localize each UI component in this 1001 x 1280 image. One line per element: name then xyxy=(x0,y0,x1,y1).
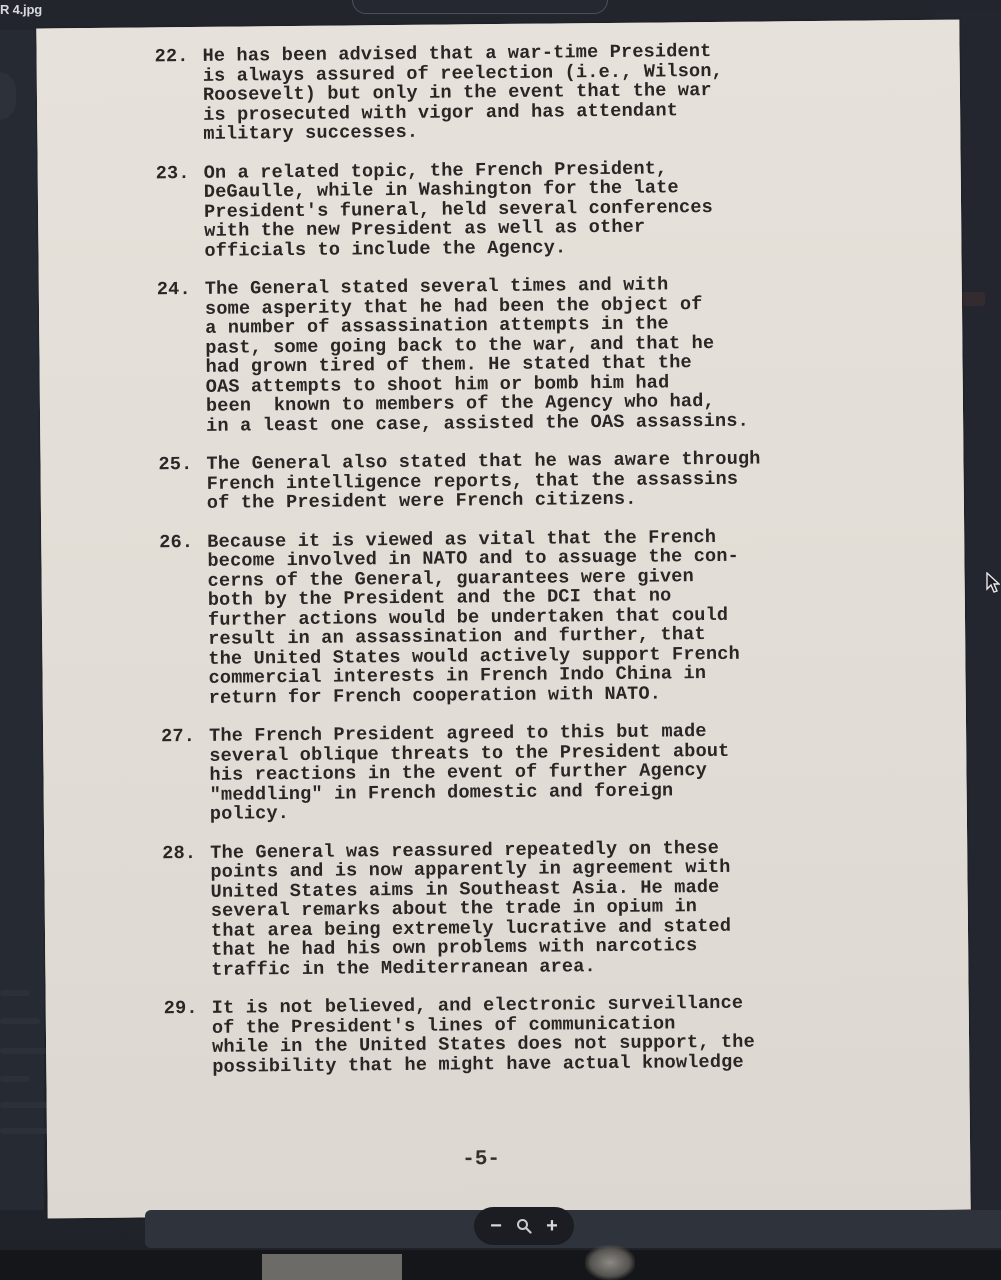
paragraph-22: 22.He has been advised that a war-time P… xyxy=(154,41,855,145)
text-line: officials to include the Agency. xyxy=(204,235,856,261)
paragraph-26: 26.Because it is viewed as vital that th… xyxy=(159,526,861,708)
sidebar-button[interactable] xyxy=(0,72,16,120)
document-image: 22.He has been advised that a war-time P… xyxy=(36,20,970,1219)
window-title: R 4.jpg xyxy=(0,2,42,17)
zoom-controls: − + xyxy=(474,1207,574,1245)
sidebar-ghost-item xyxy=(0,1018,40,1024)
paragraph-number: 29. xyxy=(164,999,210,1019)
zoom-out-button[interactable]: − xyxy=(484,1214,508,1238)
paragraph-number: 25. xyxy=(158,455,204,475)
image-viewer-window: R 4.jpg 22.He has been advised that a wa… xyxy=(0,0,1001,1280)
sidebar-ghost-item xyxy=(0,990,30,996)
text-line: of the President were French citizens. xyxy=(207,488,859,514)
text-line: possibility that he might have actual kn… xyxy=(212,1051,864,1077)
paragraph-number: 26. xyxy=(159,532,205,552)
paragraph-number: 28. xyxy=(162,843,208,863)
paragraph-number: 27. xyxy=(161,727,207,747)
paragraph-number: 24. xyxy=(157,280,203,300)
zoom-in-button[interactable]: + xyxy=(540,1214,564,1238)
paragraph-23: 23.On a related topic, the French Presid… xyxy=(156,157,857,261)
paragraph-number: 23. xyxy=(156,163,202,183)
text-line: traffic in the Mediterranean area. xyxy=(211,954,863,980)
text-line: military successes. xyxy=(203,119,855,145)
mouse-cursor-icon xyxy=(986,572,1000,594)
desk-background xyxy=(0,1250,1001,1280)
paragraph-27: 27.The French President agreed to this b… xyxy=(161,721,862,825)
page-number: -5- xyxy=(462,1148,500,1171)
bottom-object xyxy=(585,1245,635,1280)
paragraph-25: 25.The General also stated that he was a… xyxy=(158,449,859,514)
paragraph-29: 29.It is not believed, and electronic su… xyxy=(164,993,865,1078)
top-toolbar-pill[interactable] xyxy=(352,0,608,14)
typewritten-text: 22.He has been advised that a war-time P… xyxy=(154,41,864,1097)
sidebar-ghost-item xyxy=(0,1128,50,1134)
paragraph-24: 24.The General stated several times and … xyxy=(157,274,858,437)
bottom-object xyxy=(262,1254,402,1280)
sidebar-ghost-item xyxy=(0,1076,30,1082)
magnifier-icon xyxy=(516,1218,532,1234)
paragraph-number: 22. xyxy=(154,47,200,67)
zoom-reset-button[interactable] xyxy=(512,1214,536,1238)
text-line: in a least one case, assisted the OAS as… xyxy=(206,410,858,436)
text-line: return for French cooperation with NATO. xyxy=(209,682,861,708)
paragraph-28: 28.The General was reassured repeatedly … xyxy=(162,837,863,980)
